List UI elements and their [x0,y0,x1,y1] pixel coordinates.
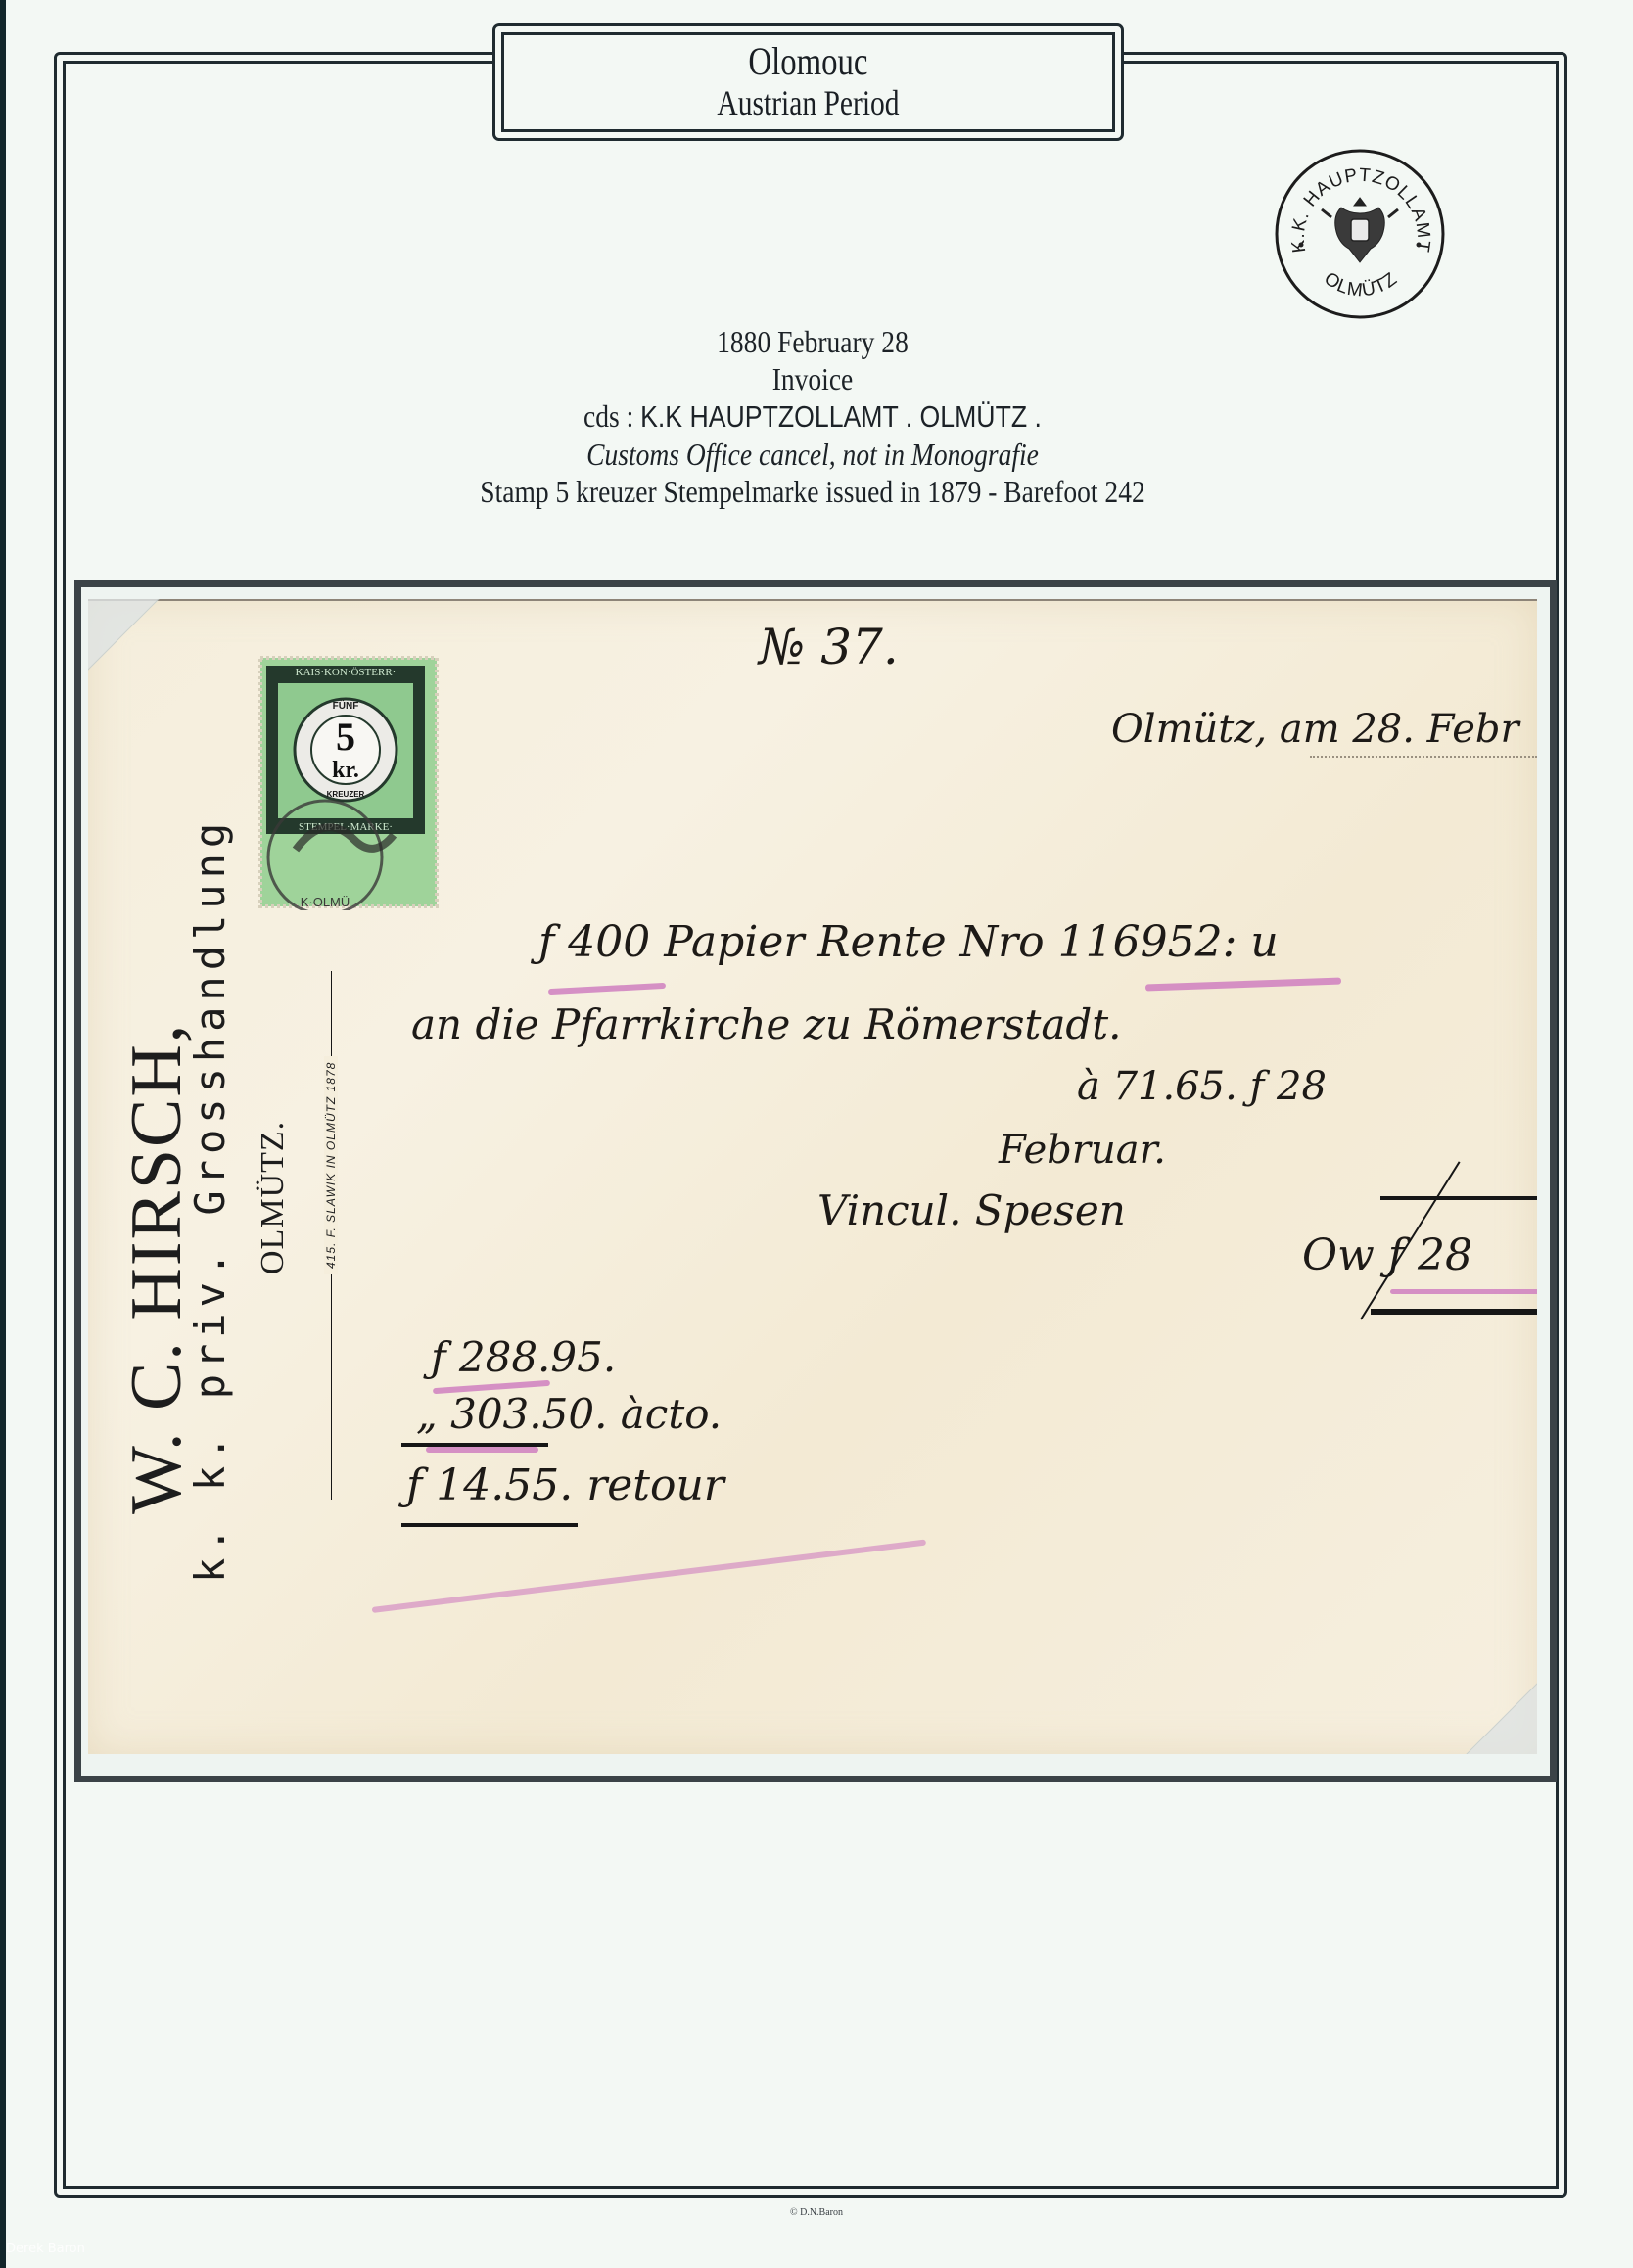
scan-edge [0,0,6,2268]
caption-cds-prefix: cds : [583,398,640,434]
total-rule [1380,1196,1537,1200]
paper-edge [88,599,1537,601]
page-subtitle: Austrian Period [717,85,899,122]
calc-line-3: ƒ 14.55. retour [406,1460,724,1510]
revenue-stamp: KAIS·KON·ÖSTERR· FÜNF 5 kr. KREUZER STEM… [257,654,441,910]
calc-line-2: „ 303.50. àcto. [416,1390,722,1438]
title-box-inner: Olomouc Austrian Period [501,32,1115,132]
svg-text:OLMÜTZ: OLMÜTZ [1320,268,1401,301]
place-date: Olmütz, am 28. Febr [1111,707,1519,752]
caption-block: 1880 February 28 Invoice cds : K.K HAUPT… [225,323,1400,510]
caption-cds-value: K.K HAUPTZOLLAMT . OLMÜTZ . [640,399,1042,434]
caption-note: Customs Office cancel, not in Monografie [307,436,1318,473]
letterhead-trade: k. k. priv. Grosshandlung [186,817,234,1583]
line-bond: ƒ 400 Papier Rente Nro 116952: u [538,917,1279,967]
customs-seal-icon: K.K. HAUPTZOLLAMT OLMÜTZ [1273,147,1447,321]
caption-stamp-info: Stamp 5 kreuzer Stempelmarke issued in 1… [307,473,1318,510]
letterhead-city: OLMÜTZ. [255,1121,292,1274]
line-month: Februar. [999,1128,1166,1173]
result-rule [401,1523,578,1527]
svg-text:KAIS·KON·ÖSTERR·: KAIS·KON·ÖSTERR· [296,667,397,678]
invoice-document: W. C. HIRSCH, k. k. priv. Grosshandlung … [88,599,1537,1754]
pink-underline [426,1447,538,1453]
photo-corner-icon [88,599,163,673]
caption-cds: cds : K.K HAUPTZOLLAMT . OLMÜTZ . [307,397,1318,436]
calc-line-1: ƒ 288.95. [431,1333,616,1381]
line-expenses: Vincul. Spesen [817,1186,1126,1234]
pink-underline [1390,1289,1537,1294]
printer-imprint: 415. F. SLAWIK IN OLMÜTZ 1878 [324,1056,338,1274]
line-recipient: an die Pfarrkirche zu Römerstadt. [411,1000,1121,1048]
svg-text:FÜNF: FÜNF [333,699,359,712]
pink-stroke [372,1540,926,1613]
photo-corner-icon [1463,1680,1537,1754]
pink-underline [1145,978,1341,992]
watermark: Derek Baron [6,2242,85,2256]
pink-underline [548,983,666,995]
caption-type: Invoice [307,360,1318,397]
date-dotted-line [1310,756,1537,758]
svg-text:kr.: kr. [332,758,359,783]
svg-text:K·OLMÜ: K·OLMÜ [301,895,350,909]
copyright: © D.N.Baron [0,2207,1633,2218]
invoice-number: № 37. [759,619,899,675]
page-title: Olomouc [748,42,867,81]
double-rule [1371,1309,1537,1315]
line-rate: à 71.65. ƒ 28 [1077,1064,1327,1109]
svg-text:KREUZER: KREUZER [327,790,365,799]
svg-text:5: 5 [336,715,355,759]
caption-date: 1880 February 28 [307,323,1318,360]
